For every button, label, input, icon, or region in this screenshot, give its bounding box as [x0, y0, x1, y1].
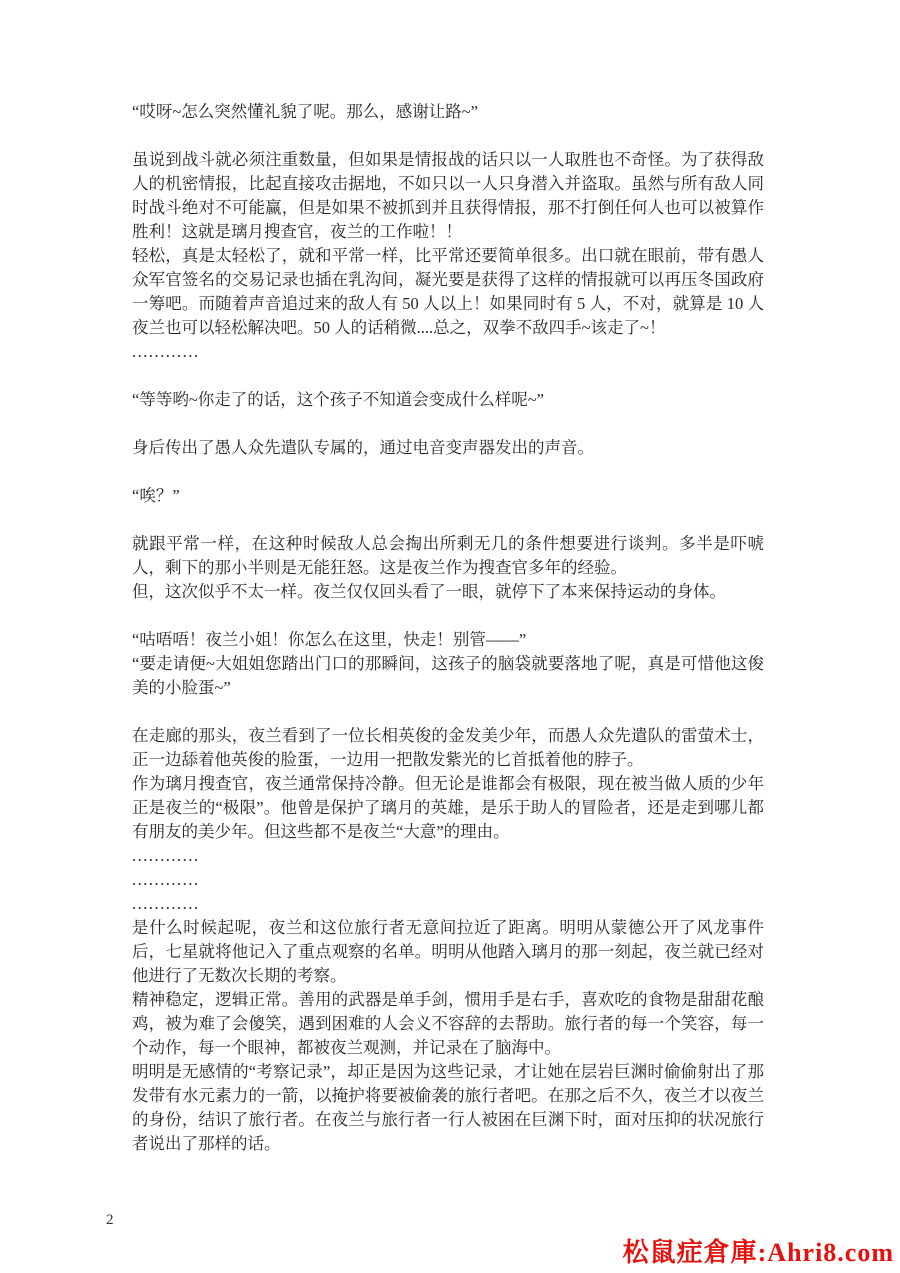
ellipsis-line: ............: [132, 868, 764, 892]
blank-line: [132, 604, 764, 628]
blank-line: [132, 700, 764, 724]
ellipsis-line: ............: [132, 844, 764, 868]
blank-line: [132, 364, 764, 388]
blank-line: [132, 124, 764, 148]
paragraph: 在走廊的那头，夜兰看到了一位长相英俊的金发美少年，而愚人众先遣队的雷萤术士，正一…: [132, 724, 764, 772]
ellipsis-line: ............: [132, 340, 764, 364]
paragraph: 轻松，真是太轻松了，就和平常一样，比平常还要简单很多。出口就在眼前，带有愚人众军…: [132, 244, 764, 340]
dialogue-paragraph: “唉？”: [132, 484, 764, 508]
dialogue-paragraph: “等等哟~你走了的话，这个孩子不知道会变成什么样呢~”: [132, 388, 764, 412]
paragraph: 作为璃月搜查官，夜兰通常保持冷静。但无论是谁都会有极限，现在被当做人质的少年正是…: [132, 772, 764, 844]
paragraph: 但，这次似乎不太一样。夜兰仅仅回头看了一眼，就停下了本来保持运动的身体。: [132, 580, 764, 604]
paragraph: 就跟平常一样，在这种时候敌人总会掏出所剩无几的条件想要进行谈判。多半是吓唬人，剩…: [132, 532, 764, 580]
paragraph: 虽说到战斗就必须注重数量，但如果是情报战的话只以一人取胜也不奇怪。为了获得敌人的…: [132, 148, 764, 244]
blank-line: [132, 508, 764, 532]
paragraph: 精神稳定，逻辑正常。善用的武器是单手剑，惯用手是右手，喜欢吃的食物是甜甜花酿鸡，…: [132, 988, 764, 1060]
paragraph: 明明是无感情的“考察记录”，却正是因为这些记录，才让她在层岩巨渊时偷偷射出了那发…: [132, 1060, 764, 1156]
page-number: 2: [106, 1212, 114, 1229]
dialogue-paragraph: “咕唔唔！夜兰小姐！你怎么在这里，快走！别管——”: [132, 628, 764, 652]
blank-line: [132, 460, 764, 484]
paragraph: 是什么时候起呢，夜兰和这位旅行者无意间拉近了距离。明明从蒙德公开了风龙事件后，七…: [132, 916, 764, 988]
document-page: “哎呀~怎么突然懂礼貌了呢。那么，感谢让路~”虽说到战斗就必须注重数量，但如果是…: [0, 0, 900, 1273]
ellipsis-line: ............: [132, 892, 764, 916]
dialogue-paragraph: “哎呀~怎么突然懂礼貌了呢。那么，感谢让路~”: [132, 100, 764, 124]
blank-line: [132, 412, 764, 436]
dialogue-paragraph: “要走请便~大姐姐您踏出门口的那瞬间，这孩子的脑袋就要落地了呢，真是可惜他这俊美…: [132, 652, 764, 700]
watermark-text: 松鼠症倉庫:Ahri8.com: [623, 1232, 894, 1269]
document-body: “哎呀~怎么突然懂礼貌了呢。那么，感谢让路~”虽说到战斗就必须注重数量，但如果是…: [132, 100, 764, 1156]
paragraph: 身后传出了愚人众先遣队专属的，通过电音变声器发出的声音。: [132, 436, 764, 460]
